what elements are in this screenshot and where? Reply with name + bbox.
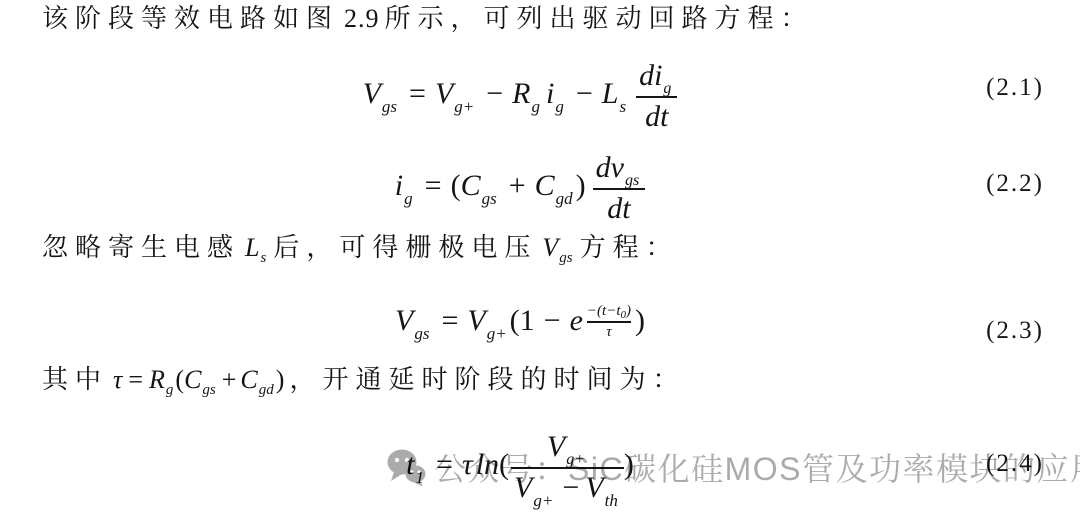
eq3-vgp-base: V bbox=[467, 304, 485, 337]
eq3-exp-num-post: ) bbox=[626, 303, 631, 319]
eq2-equals: = bbox=[425, 169, 442, 202]
paragraph-2-mid: 后，可得栅极电压 bbox=[273, 233, 537, 262]
p3-cgd-base: C bbox=[240, 365, 257, 394]
p3-tau: τ bbox=[113, 365, 122, 394]
p2-vgs-sub: gs bbox=[559, 250, 572, 266]
equation-2-4: t1=τln(Vg+Vg+−Vth) bbox=[406, 430, 634, 504]
p3-cgs-base: C bbox=[184, 365, 201, 394]
paragraph-1: 该阶段等效电路如图2.9所示，可列出驱动回路方程： bbox=[42, 0, 814, 38]
p3-cgd-sub: gd bbox=[259, 382, 274, 398]
document-page: 该阶段等效电路如图2.9所示，可列出驱动回路方程： Vgs=Vg+−Rgig−L… bbox=[0, 0, 1080, 512]
eq3-exponent-fraction: −(t−t0)τ bbox=[587, 303, 631, 341]
eq1-fraction-numerator: dig bbox=[636, 59, 677, 94]
eq3-vgs-sub: gs bbox=[414, 324, 429, 343]
paragraph-3: 其中τ=Rg(Cgs+Cgd)，开通延时阶段的时间为： bbox=[42, 361, 685, 403]
eq1-rg-base: R bbox=[512, 77, 530, 110]
eq3-exp-num-sub: 0 bbox=[621, 309, 627, 321]
p3-plus: + bbox=[222, 365, 237, 394]
eq4-den1-base: V bbox=[514, 471, 532, 504]
eq3-minus: − bbox=[544, 304, 561, 337]
paragraph-2-post: 方程： bbox=[580, 233, 679, 262]
eq1-ls-sub: s bbox=[619, 97, 626, 116]
eq1-fraction: digdt bbox=[636, 59, 677, 133]
eq3-open-group: (1 bbox=[510, 304, 535, 337]
eq1-vgs-base: V bbox=[363, 77, 381, 110]
eq2-open-paren: ( bbox=[451, 169, 461, 202]
eq3-exp-numerator: −(t−t0) bbox=[587, 303, 631, 320]
eq3-vgs-base: V bbox=[395, 304, 413, 337]
eq2-cgs-base: C bbox=[461, 169, 481, 202]
p3-equals: = bbox=[128, 365, 143, 394]
eq1-vgp-base: V bbox=[435, 77, 453, 110]
eq2-fraction: dvgsdt bbox=[593, 151, 646, 225]
eq4-tau: τ bbox=[462, 448, 473, 481]
equation-number-2-1: (2.1) bbox=[986, 74, 1044, 102]
equation-2-1: Vgs=Vg+−Rgig−Lsdigdt bbox=[363, 59, 678, 133]
paragraph-3-post: ，开通延时阶段的时间为： bbox=[289, 365, 685, 394]
eq3-euler: e bbox=[570, 304, 583, 337]
eq1-minus-1: − bbox=[486, 77, 503, 110]
p3-cgs-sub: gs bbox=[202, 382, 215, 398]
paragraph-2-pre: 忽略寄生电感 bbox=[42, 233, 240, 262]
eq4-close-paren: ) bbox=[624, 448, 634, 481]
eq4-equals: = bbox=[436, 448, 453, 481]
eq1-ls-base: L bbox=[602, 77, 619, 110]
eq2-cgd-base: C bbox=[535, 169, 555, 202]
equation-number-2-2: (2.2) bbox=[986, 170, 1044, 198]
eq4-fraction: Vg+Vg+−Vth bbox=[511, 430, 624, 504]
paragraph-1-pre: 该阶段等效电路如图 bbox=[42, 4, 339, 33]
eq1-vgs-sub: gs bbox=[382, 97, 397, 116]
eq2-frac-num-base: dv bbox=[596, 151, 624, 184]
eq3-vgp-sub: g+ bbox=[487, 324, 507, 343]
eq1-equals: = bbox=[409, 77, 426, 110]
eq4-t1-sub: 1 bbox=[416, 468, 425, 487]
eq3-exponent-bar bbox=[587, 321, 631, 323]
equation-2-3: Vgs=Vg+(1−e−(t−t0)τ) bbox=[395, 303, 645, 341]
eq4-den1-sub: g+ bbox=[533, 491, 553, 510]
eq2-ig-sub: g bbox=[404, 189, 413, 208]
eq3-equals: = bbox=[441, 304, 458, 337]
paragraph-3-math: τ=Rg(Cgs+Cgd) bbox=[113, 365, 284, 394]
eq1-ig-sub: g bbox=[555, 97, 564, 116]
p3-close-paren: ) bbox=[276, 365, 285, 394]
equation-number-2-4: (2.4) bbox=[986, 450, 1044, 478]
eq1-vgp-sub: g+ bbox=[454, 97, 474, 116]
eq3-exp-num-pre: −(t−t bbox=[587, 303, 621, 319]
eq3-close-group: ) bbox=[635, 304, 645, 337]
p2-vgs-base: V bbox=[542, 233, 558, 262]
p3-rg-base: R bbox=[149, 365, 165, 394]
eq4-den2-sub: th bbox=[605, 491, 618, 510]
equation-row-4: t1=τln(Vg+Vg+−Vth) bbox=[0, 421, 1080, 512]
eq2-ig-base: i bbox=[395, 169, 403, 202]
paragraph-1-post: 所示，可列出驱动回路方程： bbox=[385, 4, 814, 33]
eq4-t1-base: t bbox=[406, 448, 414, 481]
p3-rg-sub: g bbox=[166, 382, 174, 398]
eq2-frac-num-sub: gs bbox=[625, 172, 639, 189]
paragraph-2: 忽略寄生电感Ls后，可得栅极电压Vgs方程： bbox=[42, 229, 679, 271]
eq1-rg-sub: g bbox=[532, 97, 541, 116]
eq4-fraction-numerator: Vg+ bbox=[544, 430, 591, 465]
p2-ls-base: L bbox=[245, 233, 259, 262]
equation-row-2: ig=(Cgs+Cgd)dvgsdt bbox=[0, 146, 1080, 230]
p2-ls-sub: s bbox=[260, 250, 266, 266]
eq1-frac-num-sub: g bbox=[663, 80, 671, 97]
eq2-cgs-sub: gs bbox=[482, 189, 497, 208]
paragraph-2-ls: Ls bbox=[245, 233, 268, 262]
eq1-fraction-denominator: dt bbox=[642, 100, 671, 133]
eq1-frac-num-base: di bbox=[639, 59, 662, 92]
paragraph-2-vgs: Vgs bbox=[542, 233, 574, 262]
eq1-ig-base: i bbox=[546, 77, 554, 110]
p3-open-paren: ( bbox=[175, 365, 184, 394]
figure-reference: 2.9 bbox=[344, 4, 380, 33]
eq2-cgd-sub: gd bbox=[556, 189, 573, 208]
paragraph-3-pre: 其中 bbox=[42, 365, 108, 394]
equation-row-3: Vgs=Vg+(1−e−(t−t0)τ) bbox=[0, 286, 1080, 358]
eq4-ln: ln bbox=[476, 448, 499, 481]
eq2-fraction-denominator: dt bbox=[604, 192, 633, 225]
eq4-fraction-denominator: Vg+−Vth bbox=[511, 471, 624, 504]
eq1-minus-2: − bbox=[576, 77, 593, 110]
eq2-fraction-numerator: dvgs bbox=[593, 151, 646, 186]
eq2-plus: + bbox=[509, 169, 526, 202]
equation-row-1: Vgs=Vg+−Rgig−Lsdigdt bbox=[0, 52, 1080, 140]
eq4-den2-base: V bbox=[585, 471, 603, 504]
eq4-num-base: V bbox=[547, 430, 565, 463]
eq2-close-paren: ) bbox=[576, 169, 586, 202]
eq3-exp-denominator: τ bbox=[606, 324, 611, 341]
eq4-den-minus: − bbox=[562, 471, 579, 504]
equation-number-2-3: (2.3) bbox=[986, 317, 1044, 345]
eq4-num-sub: g+ bbox=[566, 451, 585, 468]
eq4-open-paren: ( bbox=[499, 448, 509, 481]
equation-2-2: ig=(Cgs+Cgd)dvgsdt bbox=[395, 151, 645, 225]
